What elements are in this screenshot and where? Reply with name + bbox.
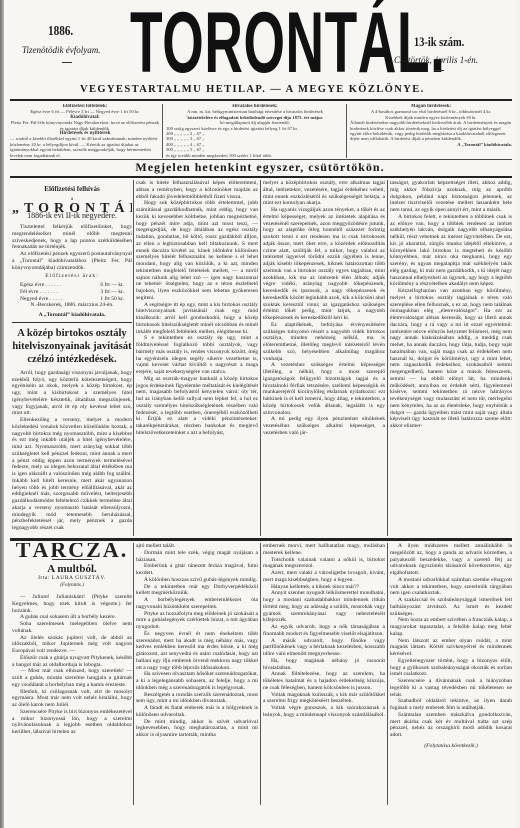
feuilleton-column-3: embernek morvi, mert hallhatatlan magy, …: [263, 543, 385, 805]
official-footer: és így tovább minden megkezdett 100 szóé…: [166, 153, 344, 158]
story-paragraph: — Julium! Julianiskám! (Pityke szerelte …: [12, 594, 132, 614]
story-paragraph: Illetőnk, ki csillagosnak volt, elrt de …: [12, 689, 132, 709]
article-paragraph: A vezetéshez szükséges értelmi képessége…: [263, 362, 385, 416]
story-continued: (Folytatás.): [12, 583, 132, 590]
story-paragraph: A másik udvarolt, hogy fönöke vagy partf…: [263, 638, 385, 658]
column-3: melyet a középbirtokos osztály, erre alk…: [263, 180, 385, 536]
story-paragraph: Dormán mint tele szék, végig magát nyájá…: [136, 550, 258, 564]
price-row: Egész évre . . . . . .6 frt — kr.: [12, 282, 132, 289]
story-paragraph: A gubás csal sohasem ült a borbély kezér…: [12, 614, 132, 621]
story-paragraph: Nem hozta az embert szívében a francziák…: [390, 617, 512, 637]
continuation-note: (Folytatása következik.): [390, 743, 512, 750]
column-divider: [387, 543, 388, 805]
column-divider: [260, 543, 261, 805]
price-label: Negyed évre . . . . .: [20, 296, 62, 303]
story-paragraph: Szabadból oldaláról tekintve, az ilyen d…: [390, 698, 512, 712]
story-paragraph: Emberünk a gitár ránezett feráza magával…: [136, 563, 258, 577]
column-divider: [260, 180, 261, 536]
price-row: Fél évre . . . . . . .3 frt — kr.: [12, 289, 132, 296]
story-paragraph: A mostani udvarlókkal számban szembe elh…: [390, 577, 512, 597]
article-paragraph: S e tekintetben ez osztály ép ugy, mint …: [136, 335, 258, 376]
notice-paragraph: Az előfizetési pénzek egyszerű postautal…: [12, 251, 132, 271]
story-paragraph: Szerencsére Pityke is birt bizonyos emlé…: [12, 709, 132, 736]
story-paragraph: Pityke az hozzáfolyta meg elődeinek jó s…: [136, 611, 258, 631]
article-paragraph: A segítségre itt ép ugy, mint a kis birt…: [136, 302, 258, 336]
story-paragraph: Azért, mert valaki a városligetbe lovago…: [263, 570, 385, 584]
column-divider: [133, 543, 134, 805]
section-rule: [12, 322, 132, 323]
article-paragraph: tasságot, gyakorlati képzettséget illeti…: [390, 180, 512, 214]
divider-dash: [434, 70, 444, 71]
story-title: A multból.: [12, 566, 132, 573]
article-paragraph: A mi pedig egy ilyen pénzintézet elnökén…: [263, 416, 385, 436]
story-paragraph: És negyven évnél ét nem énekeltem több s…: [136, 631, 258, 672]
newspaper-subtitle: VEGYESTARTALMU HETILAP. — A MEGYE KÖZLÖN…: [80, 84, 425, 95]
article-paragraph: Mig az osztrák-magyar banknál a közép bi…: [136, 376, 258, 437]
column-2: csak is hitele felhasználásával képes el…: [136, 180, 258, 536]
article-paragraph: A birtokos felett, e tekintetben a többi…: [390, 214, 512, 288]
story-paragraph: A különben hoszzas szívű gubás-légények …: [136, 577, 258, 584]
feuilleton-column-2: ajtó mellett talált. Dormán mint tele sz…: [136, 543, 258, 805]
feuilleton-column-1: TÁRCZA. A multból. Irta: LAURA GUSZTÁV. …: [12, 543, 132, 805]
private-ads-box: Magán hirdetések: A 4-hasábos garmond so…: [350, 104, 512, 158]
feuilleton-rule: [10, 538, 512, 541]
article-title: A közép birtokos osztály hitelviszonyain…: [12, 327, 132, 366]
article-paragraph: Ellenkezőleg a verseny, melyet a modern …: [12, 417, 132, 532]
price-row: Negyed évre . . . . .1 frt 50 kr.: [12, 296, 132, 303]
price-value: 1 frt 50 kr.: [100, 296, 124, 303]
publication-banner: Megjelen hetenkint egyszer, csütörtökön.: [4, 160, 516, 175]
prices-heading: Előfizetési árak:: [12, 273, 132, 280]
subscription-info-box: Előfizetési föltételek: Egész évre 6 frt…: [10, 104, 160, 158]
story-paragraph: Egyetlenegyszer történt, hogy a bizonyos…: [390, 658, 512, 678]
divider-dash: [62, 62, 72, 63]
article-paragraph: melyet a középbirtokos osztály, erre alk…: [263, 180, 385, 207]
newspaper-title: TORONTÁL.: [130, 2, 446, 84]
article-paragraph: Kézzelfoghatóan van azonban egy körülmén…: [390, 288, 512, 430]
story-paragraph: Nem látszott az ember olyan csódát, a mi…: [390, 638, 512, 658]
private-text-3: Állandó hirdetésekre nagyobb hirdetésekn…: [350, 120, 512, 142]
story-paragraph: A szakáccsal és szobaleánysággal ismerőn…: [390, 597, 512, 617]
story-paragraph: embernek morvi, mert hallhatatlan magy, …: [263, 543, 385, 557]
story-paragraph: — Most már csak elhiszed, hogy szeretlek…: [12, 668, 132, 688]
story-paragraph: De a tekintetben már egy Dorbyverpédéköz…: [136, 584, 258, 598]
notice-paragraph: Tisztelettel felkérjük előfizetőinket, h…: [12, 224, 132, 251]
column-4: tasságot, gyakorlati képzettséget illeti…: [390, 180, 512, 536]
price-label: Fél évre . . . . . . .: [20, 289, 58, 296]
banner-rule: [10, 176, 512, 178]
story-paragraph: Hányan kellettek, a kiknek nincs már??: [263, 584, 385, 591]
story-paragraph: Az ölelés szokás jupiteri volt, de abból…: [12, 635, 132, 655]
story-paragraph: A borbélylegények emberemlékezet óta nag…: [136, 597, 258, 611]
story-paragraph: Előszőr csak a gitárja nyugvott Pitykene…: [12, 655, 132, 669]
year: 1886.: [48, 24, 73, 40]
story-paragraph: Annak föltételezése, hogy az szerelem, h…: [263, 671, 385, 691]
official-ads-box: Hivatalos hirdetések: A nm. m. kir. belü…: [166, 104, 344, 158]
story-paragraph: A ilyen módszeres mellett annálinkább is…: [390, 543, 512, 577]
masthead: 1886. Tizenötödik évfolyam. TORONTÁL. 13…: [4, 0, 516, 102]
notice-subtitle: 1886-ik évi II-ik negyedére.: [12, 213, 132, 220]
column-divider: [162, 104, 163, 158]
notice-date: N.-Becskerek, 1886. márczius 24-én.: [12, 302, 132, 309]
article-paragraph: Hogy sok középbirtokos több értelemmel, …: [136, 200, 258, 301]
notice-signature: A „Torontál” kiadóhivatala.: [12, 312, 132, 319]
story-paragraph: Voltak maguknak kulisszák, s kik már szü…: [263, 692, 385, 706]
story-paragraph: A fáradt és fiatal emberek már is a hölg…: [136, 705, 258, 719]
column-divider: [387, 180, 388, 536]
subscription-notice-heading: Előfizetési felhívás: [12, 186, 132, 193]
price-value: 6 frt — kr.: [100, 282, 124, 289]
column-divider: [346, 104, 347, 158]
masthead-rule: [10, 99, 512, 101]
story-paragraph: Az egyik udvarolt, hogy a nők társaságáb…: [263, 624, 385, 638]
story-paragraph: Ha, hogy magának néhány jó vacsorát hiva…: [263, 658, 385, 672]
story-paragraph: De mint mindig, akkor is szívét udvarlóv…: [136, 719, 258, 739]
article-paragraph: Arról, hogy gazdasági viszonyai javuljan…: [12, 370, 132, 417]
story-paragraph: Soha szerelmesek melegebben ölelve nem v…: [12, 621, 132, 635]
price-value: 3 frt — kr.: [100, 289, 124, 296]
column-divider: [133, 180, 134, 536]
feuilleton-heading: TÁRCZA.: [12, 547, 132, 554]
story-paragraph: ajtó mellett talált.: [136, 543, 258, 550]
issue-date: Csütörtök, április 1-én.: [394, 55, 478, 65]
story-paragraph: Beszélgetés a rozsdás szerzők szerenádoz…: [136, 692, 258, 706]
article-paragraph: csak is hitele felhasználásával képes el…: [136, 180, 258, 200]
newspaper-page: 1886. Tizenötödik évfolyam. TORONTÁL. 13…: [4, 0, 516, 828]
feuilleton-column-4: A ilyen módszeres mellett annálinkább is…: [390, 543, 512, 805]
article-paragraph: Ez alaptőkének, befolyása érvényesítésér…: [263, 322, 385, 363]
ads-text: — sorától a kisebbi illetékkel együtt 1 …: [10, 136, 160, 158]
article-paragraph: Ha ugyanis vizsgáljuk azon tényeket, a t…: [263, 207, 385, 322]
story-paragraph: Számtalan szemben mászkálva gondolkozván…: [390, 712, 512, 739]
story-paragraph: Szerencsére a dívánnának csak a hiányzób…: [390, 678, 512, 698]
story-paragraph: Voltak végre gonoszok, a kik szórakozásn…: [263, 705, 385, 719]
story-paragraph: Annyit szenhet nyugodt lelkiismerettel m…: [263, 590, 385, 624]
private-signature: A „Torontál” kiadóhivatala.: [350, 142, 512, 147]
price-label: Egész évre . . . . . .: [20, 282, 61, 289]
story-author: Irta: LAURA GUSZTÁV.: [12, 575, 132, 582]
volume-label: Tizenötödik évfolyam.: [22, 45, 101, 55]
story-paragraph: Totschotik valainak valami a nőkül is, b…: [263, 557, 385, 571]
story-paragraph: Ha szívesen olvasztam hősöket szerenádoz…: [136, 671, 258, 691]
office-text: Pleitz Fer. Pál-féle könyvnyomda Nagy-Be…: [10, 120, 160, 131]
issue-number: 13-ik szám.: [414, 34, 464, 50]
column-1: Előfizetési felhívás a „TORONTÁL” 1886-i…: [12, 180, 132, 536]
